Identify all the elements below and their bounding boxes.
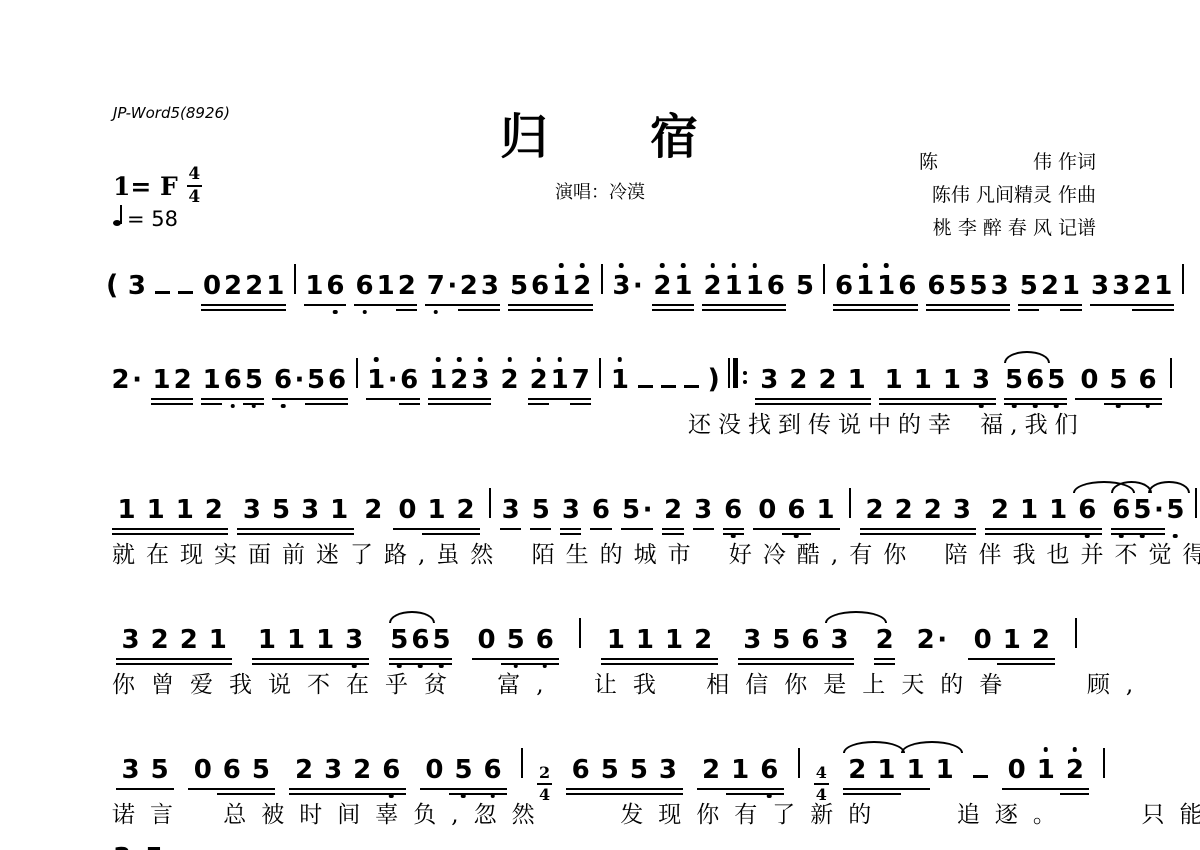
note-digit: 5: [968, 271, 989, 301]
note-digit: 1: [203, 625, 232, 655]
note-group: 056: [472, 625, 559, 658]
beam-segment: 5: [530, 495, 551, 528]
note-group: 3221: [755, 365, 871, 398]
note-digit: 5: [389, 625, 410, 655]
note-digit: 2: [572, 271, 593, 301]
music-line-5: 350652326056246553216442111012: [116, 748, 1105, 791]
note-group: 6116: [833, 271, 917, 304]
barline: [1075, 618, 1077, 648]
note-digit: 3: [1111, 271, 1132, 301]
note-digit: 0: [420, 755, 449, 785]
note-group: 65·5: [1111, 495, 1186, 528]
note-digit: 6: [222, 365, 243, 395]
note-group: 5: [794, 271, 815, 304]
note-digit: 1: [601, 625, 630, 655]
beam-segment: 2: [499, 365, 520, 398]
beam-segment: 2·: [110, 365, 143, 398]
note-digit: 3: [237, 495, 266, 525]
note-group: 1·6: [366, 365, 420, 398]
note-digit: 5: [243, 365, 264, 395]
lyrics-line-2: 就在现实面前迷了路,虽然 陌生的城市 好冷酷,有你 陪伴我也并不觉得 苦。: [112, 536, 1200, 569]
note-digit: 3: [693, 495, 714, 525]
note-digit: 3: [116, 625, 145, 655]
note-group: 5·: [621, 495, 654, 528]
note-digit: 1: [630, 625, 659, 655]
beam-segment: 1: [609, 365, 630, 398]
note-digit: 2: [652, 271, 673, 301]
note-digit: 1: [311, 625, 340, 655]
note-group: 6·56: [272, 365, 347, 398]
note-group: 1: [609, 365, 630, 398]
note-digit: 5: [508, 271, 529, 301]
note-digit: 2: [528, 365, 549, 395]
note-digit: 2: [874, 625, 895, 655]
credit-composer: 陈伟 凡间精灵 作曲: [919, 179, 1096, 212]
beam-segment: 35: [116, 755, 174, 788]
barline: [1182, 264, 1184, 294]
parenthesis: (: [106, 270, 118, 301]
beam-segment: 565: [1004, 365, 1067, 398]
note-digit: 2: [145, 625, 174, 655]
beam-segment: 5: [1104, 365, 1133, 398]
beam-segment: 5: [1018, 271, 1039, 304]
note-group: 065: [188, 755, 275, 788]
note-group: 2326: [289, 755, 405, 788]
lyrics-line-1: 还没找到传说中的幸 福,我们: [688, 406, 1085, 439]
note-digit: 0: [472, 625, 501, 655]
note-group: 2·: [915, 625, 948, 658]
barline: [798, 748, 800, 778]
barline: [599, 358, 601, 388]
note-digit: 1: [901, 755, 930, 785]
note-digit: 2: [458, 271, 479, 301]
note-group: 3: [560, 495, 581, 528]
beam-segment: 12: [997, 625, 1055, 658]
beam-segment: 16: [726, 755, 784, 788]
note-digit: 1: [1044, 495, 1073, 525]
note-digit: 1: [112, 495, 141, 525]
note-digit: 3: [825, 625, 854, 655]
beam-segment: 123: [428, 365, 491, 398]
beam-segment: 1112: [601, 625, 717, 658]
parenthesis: ): [707, 364, 719, 395]
beam-segment: 5: [243, 365, 264, 398]
beam-segment: 0: [1075, 365, 1104, 398]
note-digit: 2: [172, 365, 193, 395]
note-digit: 6: [325, 271, 346, 301]
note-digit: 6: [1073, 495, 1102, 525]
beam-segment: 7: [570, 365, 591, 398]
note-digit: 2: [223, 271, 244, 301]
note-digit: 1: [1153, 271, 1174, 301]
note-digit: 6: [897, 271, 918, 301]
note-digit: 5: [1004, 365, 1025, 395]
beam-segment: 2·: [915, 625, 948, 658]
note-digit: 5: [595, 755, 624, 785]
note-digit: 2: [689, 625, 718, 655]
note-group: 12: [151, 365, 193, 398]
time-signature-numerator: 2: [539, 765, 550, 781]
time-signature-denominator: 4: [188, 189, 200, 206]
beam-segment: 1113: [879, 365, 995, 398]
beam-segment: 2: [396, 271, 417, 304]
note-digit: 5: [145, 755, 174, 785]
note-group: 2111: [843, 755, 959, 788]
beam-segment: 5: [794, 271, 815, 304]
note-digit: 1: [422, 495, 451, 525]
beam-segment: 6: [399, 365, 420, 398]
beam-segment: 6·: [272, 365, 305, 398]
beam-segment: 3221: [116, 625, 232, 658]
note-digit: 1: [375, 271, 396, 301]
beam-segment: 21: [652, 271, 694, 304]
note-digit: 6: [399, 365, 420, 395]
note-digit: 6: [765, 271, 786, 301]
note-digit: 2: [348, 755, 377, 785]
note-digit: 5: [246, 755, 275, 785]
beam-segment: 33: [1090, 271, 1132, 304]
note-digit: 2: [889, 495, 918, 525]
note-digit: 2: [1060, 755, 1089, 785]
beam-segment: 1: [201, 365, 222, 398]
note-digit: 6: [354, 271, 375, 301]
beam-segment: 21: [843, 755, 901, 788]
note-group: 2: [499, 365, 520, 398]
beam-segment: 0: [968, 625, 997, 658]
note-group: 012: [968, 625, 1055, 658]
note-digit: 5: [1046, 365, 1067, 395]
beam-segment: 23: [458, 271, 500, 304]
note-digit: 5: [305, 365, 326, 395]
note-digit: 0: [753, 495, 782, 525]
beam-segment: 6553: [926, 271, 1010, 304]
note-digit: 7: [570, 365, 591, 395]
time-signature-numerator: 4: [816, 765, 827, 781]
music-line-3: 11123531201235365·2360612223211665·5: [112, 488, 1197, 528]
note-digit: 2: [396, 271, 417, 301]
note-digit: 3: [989, 271, 1010, 301]
beam-segment: 1: [1060, 271, 1081, 304]
barline: [1195, 488, 1197, 518]
note-digit: 1: [673, 271, 694, 301]
note-digit: 1: [744, 271, 765, 301]
note-group: 2116: [985, 495, 1101, 528]
note-digit: 6: [723, 495, 744, 525]
beam-segment: 0: [420, 755, 449, 788]
barline: [601, 264, 603, 294]
beam-segment: 2: [697, 755, 726, 788]
augmentation-dot: ·: [294, 365, 306, 395]
augmentation-dot: ·: [446, 271, 458, 301]
note-group: 565: [389, 625, 452, 658]
note-digit: 6: [796, 625, 825, 655]
beam-segment: 1: [549, 365, 570, 398]
note-group: 3: [126, 271, 147, 304]
note-digit: 1: [937, 365, 966, 395]
note-digit: 2: [174, 625, 203, 655]
note-group: 16: [304, 271, 346, 304]
note-digit: 3: [116, 755, 145, 785]
note-group: 3: [693, 495, 714, 528]
note-digit: 1: [811, 495, 840, 525]
note-digit: 5: [624, 755, 653, 785]
note-digit: 6: [530, 271, 551, 301]
note-digit: 0: [393, 495, 422, 525]
beam-segment: 2: [1039, 271, 1060, 304]
beam-segment: 2326: [289, 755, 405, 788]
tie-arc: [1004, 351, 1050, 363]
tie-arc: [825, 611, 887, 623]
note-digit: 6: [377, 755, 406, 785]
note-digit: 2: [1039, 271, 1060, 301]
tie-arc: [843, 741, 905, 753]
note-digit: 1: [141, 495, 170, 525]
tie-arc: [1148, 481, 1190, 493]
note-digit: 2: [784, 365, 813, 395]
note-group: 3563: [738, 625, 854, 658]
note-digit: 5: [266, 495, 295, 525]
note-digit: 3: [966, 365, 995, 395]
note-group: 1112: [112, 495, 228, 528]
beam-segment: 2116: [702, 271, 786, 304]
key-signature: 1= F 4 4: [113, 166, 202, 206]
note-group: 012: [1002, 755, 1089, 788]
note-group: 3321: [1090, 271, 1174, 304]
note-digit: 3: [340, 625, 369, 655]
note-group: 217: [528, 365, 591, 398]
note-digit: 0: [1075, 365, 1104, 395]
barline: [356, 358, 358, 388]
note-digit: 6: [217, 755, 246, 785]
beam-segment: 6: [782, 495, 811, 528]
note-digit: 2: [813, 365, 842, 395]
note-digit: 1: [366, 365, 387, 395]
note-group: 5: [530, 495, 551, 528]
note-digit: 1: [304, 271, 325, 301]
beam-segment: 65·: [1111, 495, 1165, 528]
note-digit: 5: [767, 625, 796, 655]
note-group: 21: [652, 271, 694, 304]
beam-segment: 1113: [252, 625, 368, 658]
note-digit: 5: [449, 755, 478, 785]
beam-segment: 2116: [985, 495, 1101, 528]
beam-segment: 61: [354, 271, 396, 304]
note-digit: 6: [755, 755, 784, 785]
repeat-sign: [728, 358, 747, 388]
tie-arc: [901, 741, 963, 753]
note-digit: 0: [188, 755, 217, 785]
beam-segment: 1: [930, 755, 959, 788]
note-digit: 2: [843, 755, 872, 785]
note-group: 6553: [926, 271, 1010, 304]
beam-segment: 3531: [237, 495, 353, 528]
note-digit: 2: [451, 495, 480, 525]
note-digit: 2: [697, 755, 726, 785]
beam-segment: 12: [151, 365, 193, 398]
note-digit: 3: [738, 625, 767, 655]
note-digit: 2: [985, 495, 1014, 525]
note-digit: 1: [876, 271, 897, 301]
note-digit: 5: [1104, 365, 1133, 395]
beam-segment: 2: [1060, 755, 1089, 788]
barline: [1170, 358, 1172, 388]
note-digit: 1: [855, 271, 876, 301]
note-group: 6553: [566, 755, 682, 788]
beam-segment: 2223: [860, 495, 976, 528]
note-digit: 1: [1060, 271, 1081, 301]
note-digit: 1: [872, 755, 901, 785]
augmentation-dot: ·: [632, 271, 644, 301]
note-digit: 5: [530, 495, 551, 525]
beam-segment: 3: [500, 495, 521, 528]
note-digit: 5: [1018, 271, 1039, 301]
note-digit: 5: [621, 495, 642, 525]
beam-segment: 56: [305, 365, 347, 398]
note-digit: 2: [860, 495, 889, 525]
beam-segment: 2: [662, 495, 683, 528]
note-digit: 5: [947, 271, 968, 301]
beam-segment: 21: [1132, 271, 1174, 304]
note-digit: 1: [879, 365, 908, 395]
note-digit: 6: [410, 625, 431, 655]
note-digit: 6: [272, 365, 293, 395]
note-digit: 3: [319, 755, 348, 785]
note-digit: 1: [1015, 495, 1044, 525]
note-digit: 3: [653, 755, 682, 785]
note-digit: 1: [660, 625, 689, 655]
note-digit: 0: [1002, 755, 1031, 785]
duration-dash: [973, 775, 988, 779]
beam-segment: 5: [1165, 495, 1186, 528]
note-group: 5612: [508, 271, 592, 304]
time-signature: 4 4: [187, 166, 202, 206]
note-group: 2: [662, 495, 683, 528]
beam-segment: 1: [811, 495, 840, 528]
note-digit: 3: [479, 271, 500, 301]
music-line-4: 322111135650561112356322·012: [116, 618, 1077, 658]
augmentation-dot: ·: [387, 365, 399, 395]
note-group: 3·: [611, 271, 644, 304]
note-digit: 2: [1026, 625, 1055, 655]
note-digit: 3: [126, 271, 147, 301]
music-line-2: 2·121656·561·612322171)32211113565056: [110, 358, 1172, 398]
beam-segment: 65: [217, 755, 275, 788]
beam-segment: 16: [304, 271, 346, 304]
beam-segment: 0: [472, 625, 501, 658]
note-digit: 3: [560, 495, 581, 525]
beam-segment: 6: [590, 495, 611, 528]
augmentation-dot: ·: [1153, 495, 1165, 525]
note-group: 2116: [702, 271, 786, 304]
note-digit: 1: [549, 365, 570, 395]
note-digit: 1: [170, 495, 199, 525]
beam-segment: 6: [530, 625, 559, 658]
beam-segment: 6: [222, 365, 243, 398]
note-digit: 2: [199, 495, 228, 525]
note-digit: 6: [926, 271, 947, 301]
beam-segment: 2: [363, 495, 384, 528]
note-digit: 2: [289, 755, 318, 785]
note-digit: 3: [611, 271, 632, 301]
note-group: 6: [723, 495, 744, 528]
note-digit: 1: [726, 755, 755, 785]
beam-segment: 1·: [366, 365, 399, 398]
note-group: 1113: [879, 365, 995, 398]
note-digit: 2: [918, 495, 947, 525]
note-group: 1112: [601, 625, 717, 658]
quarter-note-icon: [113, 220, 121, 226]
note-digit: 0: [201, 271, 222, 301]
barline: [521, 748, 523, 778]
note-digit: 2: [499, 365, 520, 395]
note-group: 056: [420, 755, 507, 788]
note-digit: 1: [723, 271, 744, 301]
note-digit: 5: [431, 625, 452, 655]
lyrics-line-4: 诺言 总被时间辜负,忽然 发现你有了新的 追逐。 只能: [112, 796, 1200, 829]
note-digit: 5: [501, 625, 530, 655]
beam-segment: 3221: [755, 365, 871, 398]
note-digit: 1: [265, 271, 286, 301]
note-digit: 7: [425, 271, 446, 301]
beam-segment: 565: [389, 625, 452, 658]
time-signature-numerator: 4: [188, 166, 200, 183]
note-digit: 2: [1132, 271, 1153, 301]
note-group: 0221: [201, 271, 285, 304]
lyrics-line-3: 你曾爱我说不在乎贫 富, 让我 相信你是上天的眷 顾, 可是: [112, 666, 1200, 699]
duration-dash: [638, 385, 653, 389]
note-digit: 0: [968, 625, 997, 655]
note-digit: 6: [327, 365, 348, 395]
tempo-marking: = 58: [113, 207, 178, 231]
note-digit: 1: [281, 625, 310, 655]
beam-segment: 0: [188, 755, 217, 788]
note-group: 061: [753, 495, 840, 528]
beam-segment: 3: [560, 495, 581, 528]
beam-segment: 6116: [833, 271, 917, 304]
note-group: 7·23: [425, 271, 500, 304]
note-digit: 1: [908, 365, 937, 395]
key-label: 1= F: [113, 172, 178, 201]
tie-arc: [389, 611, 435, 623]
beam-segment: 1112: [112, 495, 228, 528]
note-digit: 1: [428, 365, 449, 395]
beam-segment: 6553: [566, 755, 682, 788]
barline: [1103, 748, 1105, 778]
note-group: 165: [201, 365, 264, 398]
note-group: 3221: [116, 625, 232, 658]
beam-segment: 2: [528, 365, 549, 398]
note-digit: 6: [478, 755, 507, 785]
note-digit: 3: [755, 365, 784, 395]
note-digit: 6: [590, 495, 611, 525]
beam-segment: 6: [1133, 365, 1162, 398]
beam-segment: 5612: [508, 271, 592, 304]
music-line-1: (30221166127·2356123·2121165611665535213…: [106, 264, 1184, 304]
note-group: 35: [116, 755, 174, 788]
note-digit: 1: [930, 755, 959, 785]
note-digit: 2: [662, 495, 683, 525]
note-digit: 1: [1031, 755, 1060, 785]
barline: [823, 264, 825, 294]
beam-segment: 5: [501, 625, 530, 658]
note-group: 012: [393, 495, 480, 528]
note-digit: 2: [110, 365, 131, 395]
beam-segment: 6: [723, 495, 744, 528]
beam-segment: 3: [693, 495, 714, 528]
note-group: 612: [354, 271, 417, 304]
beam-segment: 2: [874, 625, 895, 658]
note-digit: 6: [1111, 495, 1132, 525]
